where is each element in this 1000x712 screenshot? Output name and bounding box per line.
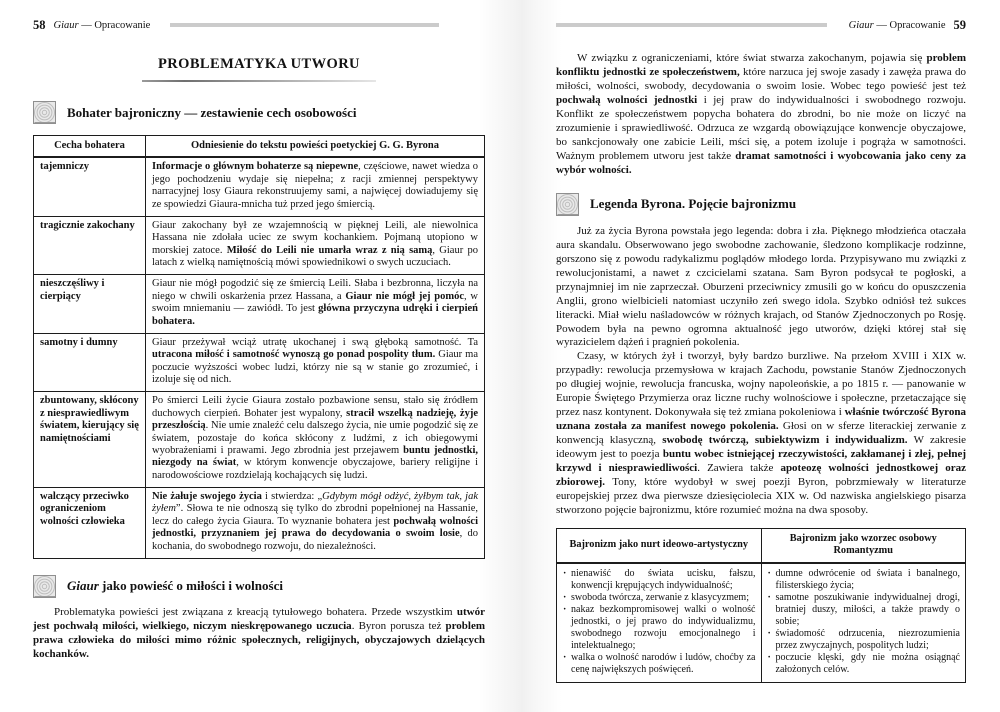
table-row: nienawiść do świata ucisku, fałszu, konw… <box>557 563 966 683</box>
column-header-nurt: Bajronizm jako nurt ideowo-artystyczny <box>557 529 762 563</box>
trait-description: Giaur zakochany był ze wzajemnością w pi… <box>146 216 485 275</box>
bajronizm-wzorzec-cell: dumne odwrócenie od świata i banalnego, … <box>761 563 966 683</box>
page-number: 59 <box>954 18 967 33</box>
running-title: Giaur — Opracowanie <box>54 20 151 31</box>
trait-name: samotny i dumny <box>34 333 146 392</box>
column-header-trait: Cecha bohatera <box>34 136 146 158</box>
bajronizm-table-header-row: Bajronizm jako nurt ideowo-artystyczny B… <box>557 529 966 563</box>
traits-table-header-row: Cecha bohatera Odniesienie do tekstu pow… <box>34 136 485 158</box>
table-row: walczący przeciwko ograniczeniom wolnośc… <box>34 488 485 559</box>
title-underline <box>142 80 376 82</box>
rose-ornament-icon <box>33 575 56 598</box>
column-header-wzorzec: Bajronizm jako wzorzec osobowy Romantyzm… <box>761 529 966 563</box>
page-header: 58 Giaur — Opracowanie <box>33 18 485 32</box>
table-row: nieszczęśliwy i cierpiący Giaur nie mógł… <box>34 275 485 334</box>
body-paragraph: W związku z ograniczeniami, które świat … <box>556 52 966 178</box>
bullet-item: walka o wolność narodów i ludów, choćby … <box>562 652 756 676</box>
trait-name: zbuntowany, skłócony z niesprawiedliwym … <box>34 392 146 488</box>
body-paragraph: Czasy, w których żył i tworzył, były bar… <box>556 350 966 518</box>
header-rule <box>556 23 827 27</box>
trait-description: Giaur nie mógł pogodzić się ze śmiercią … <box>146 275 485 334</box>
page-58: 58 Giaur — Opracowanie PROBLEMATYKA UTWO… <box>0 0 500 712</box>
page-title: PROBLEMATYKA UTWORU <box>33 56 485 73</box>
section-title: Legenda Byrona. Pojęcie bajronizmu <box>590 196 796 212</box>
bullet-item: nakaz bezkompromisowej walki o wolność j… <box>562 604 756 652</box>
book-spread: 58 Giaur — Opracowanie PROBLEMATYKA UTWO… <box>0 0 1000 712</box>
traits-table: Cecha bohatera Odniesienie do tekstu pow… <box>33 135 485 559</box>
bullet-item: nienawiść do świata ucisku, fałszu, konw… <box>562 568 756 592</box>
section-heading-legenda: Legenda Byrona. Pojęcie bajronizmu <box>556 193 966 216</box>
trait-description: Po śmierci Leili życie Giaura zostało po… <box>146 392 485 488</box>
closing-paragraph: Problematyka powieści jest związana z kr… <box>33 606 485 662</box>
trait-name: tajemniczy <box>34 157 146 216</box>
table-row: samotny i dumny Giaur przeżywał wciąż ut… <box>34 333 485 392</box>
bullet-item: poczucie klęski, gdy nie można osiągnąć … <box>767 652 961 676</box>
body-paragraph: Już za życia Byrona powstała jego legend… <box>556 225 966 351</box>
section-title: Bohater bajroniczny — zestawienie cech o… <box>67 105 356 121</box>
trait-description: Nie żałuje swojego życia i stwierdza: „G… <box>146 488 485 559</box>
bajronizm-table: Bajronizm jako nurt ideowo-artystyczny B… <box>556 528 966 683</box>
bullet-item: dumne odwrócenie od świata i banalnego, … <box>767 568 961 592</box>
bullet-item: świadomość odrzucenia, niezrozumienia pr… <box>767 628 961 652</box>
table-row: tragicznie zakochany Giaur zakochany był… <box>34 216 485 275</box>
section-title: Giaur jako powieść o miłości i wolności <box>67 578 283 594</box>
trait-name: walczący przeciwko ograniczeniom wolnośc… <box>34 488 146 559</box>
rose-ornament-icon <box>33 101 56 124</box>
bajronizm-nurt-cell: nienawiść do świata ucisku, fałszu, konw… <box>557 563 762 683</box>
trait-name: nieszczęśliwy i cierpiący <box>34 275 146 334</box>
rose-ornament-icon <box>556 193 579 216</box>
trait-description: Informacje o głównym bohaterze są niepew… <box>146 157 485 216</box>
section-heading-giaur-powiesc: Giaur jako powieść o miłości i wolności <box>33 575 485 598</box>
header-rule <box>170 23 439 27</box>
table-row: tajemniczy Informacje o głównym bohaterz… <box>34 157 485 216</box>
page-header: Giaur — Opracowanie 59 <box>556 18 966 32</box>
table-row: zbuntowany, skłócony z niesprawiedliwym … <box>34 392 485 488</box>
running-title: Giaur — Opracowanie <box>849 20 946 31</box>
bullet-item: swoboda twórcza, zerwanie z klasycyzmem; <box>562 592 756 604</box>
trait-name: tragicznie zakochany <box>34 216 146 275</box>
bullet-item: samotne poszukiwanie indywidualnej drogi… <box>767 592 961 628</box>
column-header-reference: Odniesienie do tekstu powieści poetyckie… <box>146 136 485 158</box>
trait-description: Giaur przeżywał wciąż utratę ukochanej i… <box>146 333 485 392</box>
section-heading-bohater: Bohater bajroniczny — zestawienie cech o… <box>33 101 485 124</box>
page-number: 58 <box>33 18 46 33</box>
page-59: Giaur — Opracowanie 59 W związku z ogran… <box>500 0 1000 712</box>
